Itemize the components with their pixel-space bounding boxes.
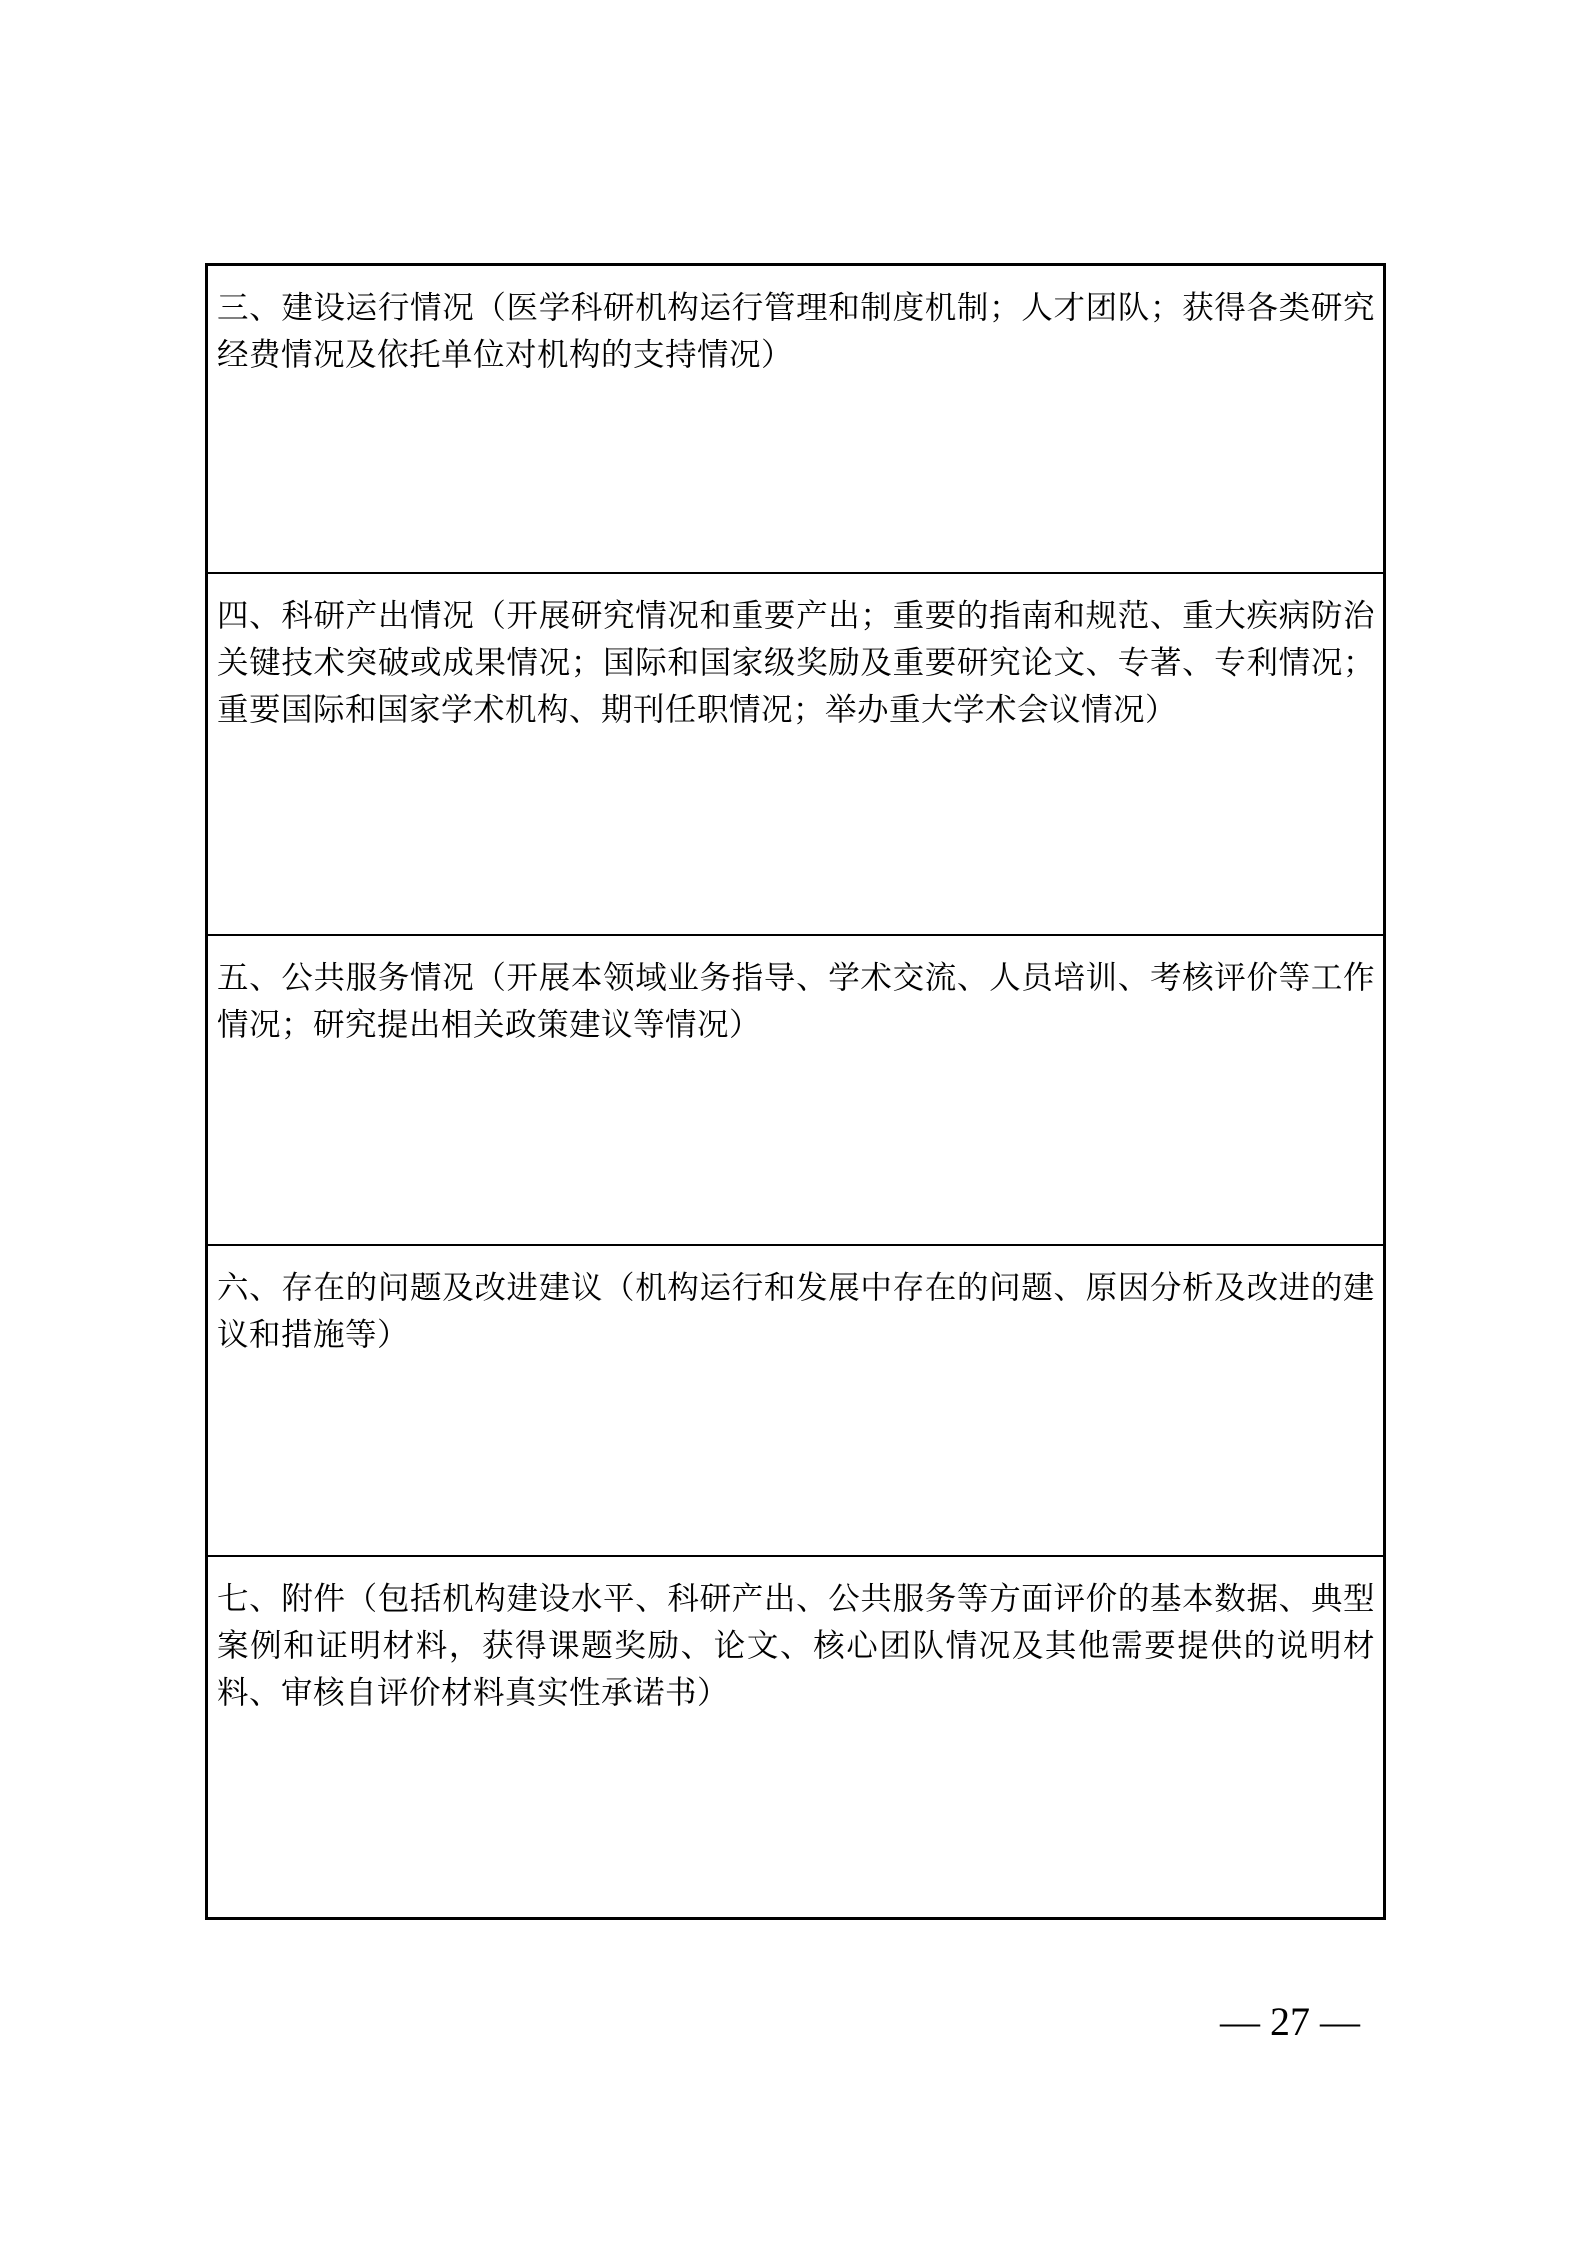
table-row-section-5: 五、公共服务情况（开展本领域业务指导、学术交流、人员培训、考核评价等工作情况；研…: [208, 936, 1383, 1246]
page-number: — 27 —: [1138, 2000, 1442, 2044]
table-row-section-6: 六、存在的问题及改进建议（机构运行和发展中存在的问题、原因分析及改进的建议和措施…: [208, 1246, 1383, 1557]
section-3-text: 三、建设运行情况（医学科研机构运行管理和制度机制；人才团队；获得各类研究经费情况…: [217, 284, 1375, 378]
document-page: 三、建设运行情况（医学科研机构运行管理和制度机制；人才团队；获得各类研究经费情况…: [0, 0, 1587, 2245]
section-4-text: 四、科研产出情况（开展研究情况和重要产出；重要的指南和规范、重大疾病防治关键技术…: [217, 592, 1375, 733]
section-6-text: 六、存在的问题及改进建议（机构运行和发展中存在的问题、原因分析及改进的建议和措施…: [217, 1264, 1375, 1358]
table-row-section-7: 七、附件（包括机构建设水平、科研产出、公共服务等方面评价的基本数据、典型案例和证…: [208, 1557, 1383, 1917]
evaluation-sections-table: 三、建设运行情况（医学科研机构运行管理和制度机制；人才团队；获得各类研究经费情况…: [205, 263, 1386, 1920]
section-7-text: 七、附件（包括机构建设水平、科研产出、公共服务等方面评价的基本数据、典型案例和证…: [217, 1575, 1375, 1716]
section-5-text: 五、公共服务情况（开展本领域业务指导、学术交流、人员培训、考核评价等工作情况；研…: [217, 954, 1375, 1048]
table-row-section-3: 三、建设运行情况（医学科研机构运行管理和制度机制；人才团队；获得各类研究经费情况…: [208, 266, 1383, 574]
table-row-section-4: 四、科研产出情况（开展研究情况和重要产出；重要的指南和规范、重大疾病防治关键技术…: [208, 574, 1383, 936]
